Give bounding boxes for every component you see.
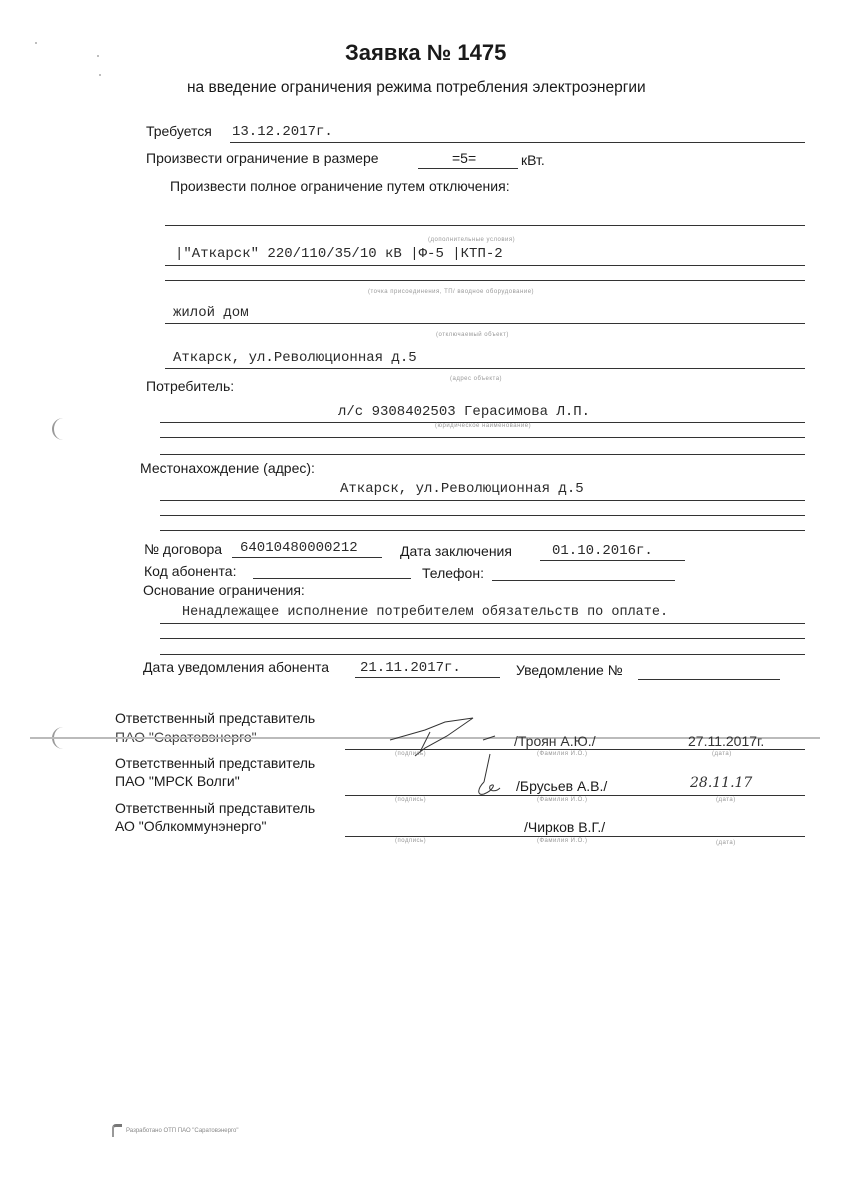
scan-speck [97,55,99,57]
scan-speck [99,74,101,76]
object-address-underline [165,368,805,369]
signatory-role: Ответственный представитель [115,755,315,771]
location-value: Аткарск, ул.Революционная д.5 [340,481,584,497]
signatory-name: /Брусьев А.В./ [516,778,607,794]
limit-value: =5= [452,150,476,166]
object-address-caption: (адрес объекта) [450,376,502,382]
notify-date-underline [355,677,500,678]
signature-underline [345,836,805,837]
required-date: 13.12.2017г. [232,124,333,140]
limit-label: Произвести ограничение в размере [146,150,379,166]
connection-underline [165,265,805,266]
signatory-org: ПАО "МРСК Волги" [115,773,240,789]
caption-date: (дата) [716,797,736,803]
signatory-role: Ответственный представитель [115,800,315,816]
contract-date-underline [540,560,685,561]
limit-underline [418,168,518,169]
blank-line [160,530,805,531]
blank-line [160,515,805,516]
notify-no-underline [638,679,780,680]
signatory-date: 27.11.2017г. [688,733,764,749]
caption-sign: (подпись) [395,797,426,803]
document-title: Заявка № 1475 [345,40,506,66]
object-underline [165,323,805,324]
notify-no-label: Уведомление № [516,662,623,678]
notify-date-label: Дата уведомления абонента [143,659,329,675]
contract-date-value: 01.10.2016г. [552,543,653,559]
caption-date: (дата) [716,840,736,846]
signatory-org: АО "Облкоммунэнерго" [115,818,266,834]
document-subtitle: на введение ограничения режима потреблен… [187,79,646,97]
object-caption: (отключаемый объект) [436,332,509,338]
caption-name: (Фамилия И.О.) [537,797,587,803]
blank-line [160,638,805,639]
location-label: Местонахождение (адрес): [140,460,315,476]
phone-label: Телефон: [422,565,484,581]
notify-date-value: 21.11.2017г. [360,660,461,676]
signatory-name: /Троян А.Ю./ [514,733,596,749]
blank-line [160,437,805,438]
signatory-date: 28.11.17 [690,775,752,791]
consumer-value: л/с 9308402503 Герасимова Л.П. [338,404,590,420]
reason-value: Ненадлежащее исполнение потребителем обя… [182,605,668,620]
limit-unit: кВт. [521,152,545,168]
footer: Разработано ОТП ПАО "Саратовэнерго" [112,1124,239,1137]
location-underline [160,500,805,501]
connection-point: |"Аткарск" 220/110/35/10 кВ |Ф-5 |КТП-2 [175,246,503,262]
handwritten-signature [470,752,515,800]
subscriber-code-underline [253,578,411,579]
caption-sign: (подпись) [395,838,426,844]
blank-line [160,654,805,655]
contract-label: № договора [144,541,222,557]
contract-underline [232,557,382,558]
signature-underline [345,749,805,750]
blank-line [165,225,805,226]
footer-text: Разработано ОТП ПАО "Саратовэнерго" [126,1128,239,1134]
caption-name: (Фамилия И.О.) [537,751,587,757]
signatory-role: Ответственный представитель [115,710,315,726]
reason-label: Основание ограничения: [143,582,305,598]
blank-line [165,280,805,281]
full-limit-label: Произвести полное ограничение путем откл… [170,178,510,194]
contract-date-label: Дата заключения [400,543,512,559]
signatory-name: /Чирков В.Г./ [524,819,605,835]
caption-date: (дата) [712,751,732,757]
required-underline [230,142,805,143]
company-logo-icon [112,1124,122,1137]
consumer-label: Потребитель: [146,378,234,394]
caption-name: (Фамилия И.О.) [537,838,587,844]
blank-line [160,454,805,455]
additional-conditions-caption: (дополнительные условия) [428,237,515,243]
scan-speck [35,42,37,44]
reason-underline [160,623,805,624]
phone-underline [492,580,675,581]
connection-point-caption: (точка присоединения, ТП/ вводное оборуд… [368,289,534,295]
object-name: жилой дом [173,305,249,321]
consumer-caption: (юридическое наименование) [435,423,531,429]
required-label: Требуется [146,123,212,139]
object-address: Аткарск, ул.Революционная д.5 [173,350,417,366]
signature-underline [345,795,805,796]
hole-punch-mark [52,418,66,440]
subscriber-code-label: Код абонента: [144,563,236,579]
caption-sign: (подпись) [395,751,426,757]
contract-value: 64010480000212 [240,540,358,556]
